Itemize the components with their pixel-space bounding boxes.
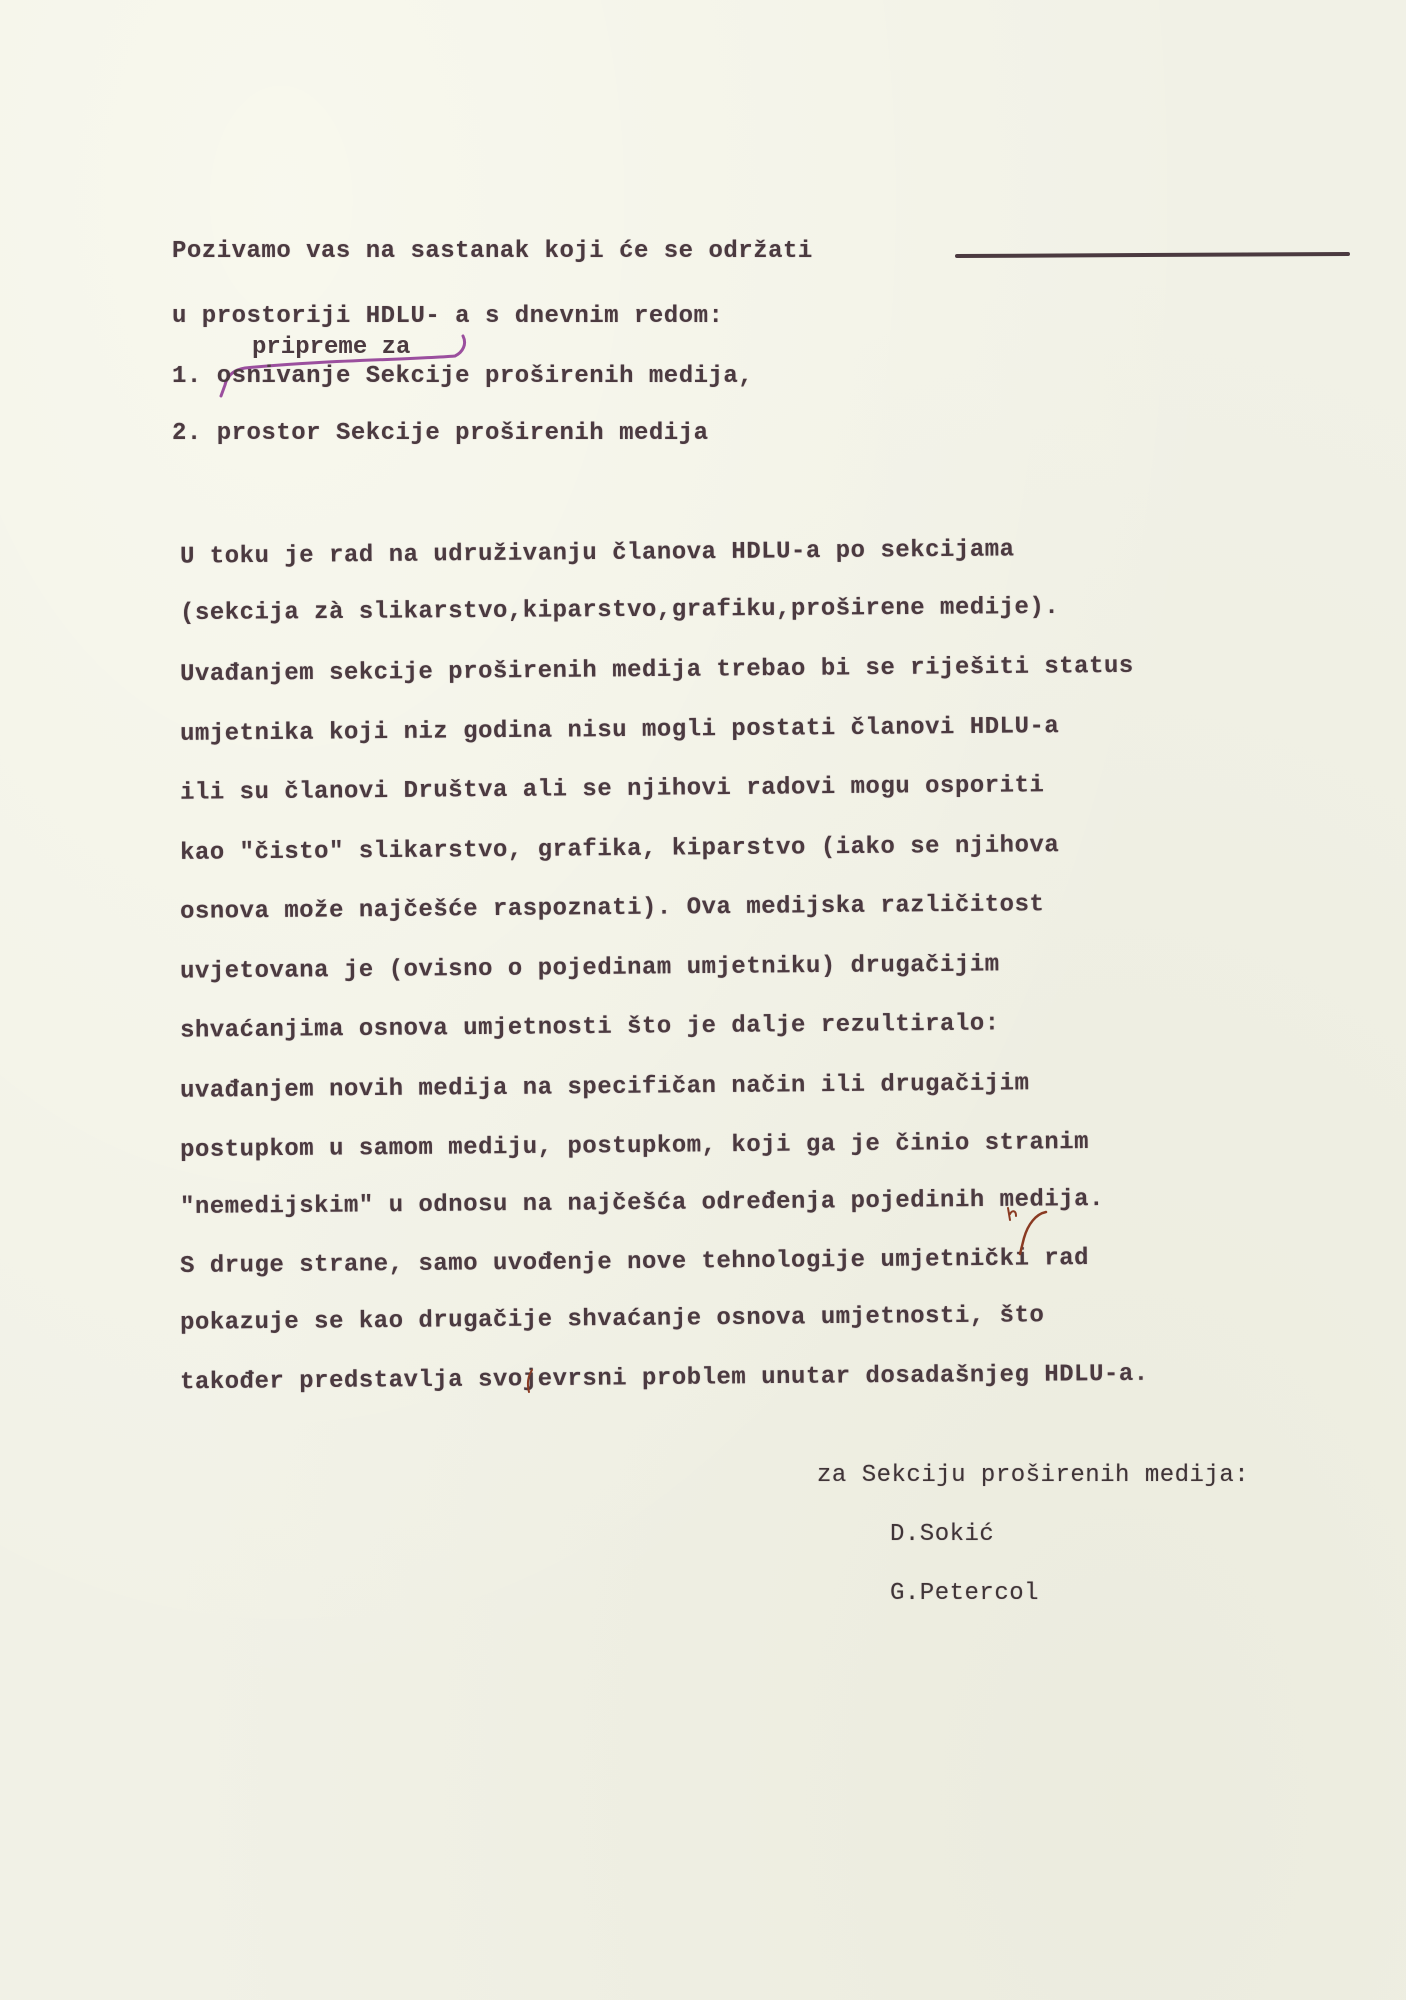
signature-name-1: D.Sokić bbox=[890, 1521, 994, 1548]
agenda-item-1-number: 1. bbox=[172, 363, 202, 390]
signature-name-2: G.Petercol bbox=[890, 1580, 1039, 1607]
body-line-7: osnova može najčešće raspoznati). Ova me… bbox=[180, 891, 1045, 926]
body-line-9: shvaćanjima osnova umjetnosti što je dal… bbox=[180, 1010, 1000, 1044]
body-line-13: S druge strane, samo uvođenje nove tehno… bbox=[180, 1245, 1089, 1280]
invitation-line-2: u prostoriji HDLU- a s dnevnim redom: bbox=[172, 303, 723, 330]
agenda-item-1-text: osnivanje Sekcije proširenih medija, bbox=[217, 363, 753, 390]
body-line-2: (sekcija zà slikarstvo,kiparstvo,grafiku… bbox=[180, 594, 1059, 627]
body-line-12: "nemedijskim" u odnosu na najčešća određ… bbox=[180, 1186, 1104, 1221]
body-line-6: kao "čisto" slikarstvo, grafika, kiparst… bbox=[180, 832, 1059, 867]
body-line-3: Uvađanjem sekcije proširenih medija treb… bbox=[180, 653, 1134, 688]
document-page: Pozivamo vas na sastanak koji će se održ… bbox=[0, 0, 1406, 2000]
body-line-10: uvađanjem novih medija na specifičan nač… bbox=[180, 1070, 1030, 1104]
agenda-item-2: 2. prostor Sekcije proširenih medija bbox=[172, 420, 709, 447]
agenda-insertion-text: pripreme za bbox=[252, 334, 410, 361]
invitation-line-1: Pozivamo vas na sastanak koji će se održ… bbox=[172, 238, 813, 265]
date-blank-underline bbox=[955, 252, 1350, 258]
body-line-15: također predstavlja svojevrsni problem u… bbox=[180, 1361, 1149, 1396]
body-line-11: postupkom u samom mediju, postupkom, koj… bbox=[180, 1129, 1089, 1164]
body-line-8: uvjetovana je (ovisno o pojedinam umjetn… bbox=[180, 951, 1000, 985]
body-line-4: umjetnika koji niz godina nisu mogli pos… bbox=[180, 713, 1059, 748]
body-line-14: pokazuje se kao drugačije shvaćanje osno… bbox=[180, 1302, 1045, 1337]
agenda-item-2-number: 2. bbox=[172, 420, 202, 447]
body-line-5: ili su članovi Društva ali se njihovi ra… bbox=[180, 772, 1045, 807]
body-line-1: U toku je rad na udruživanju članova HDL… bbox=[180, 536, 1015, 570]
signature-heading: za Sekciju proširenih medija: bbox=[817, 1462, 1249, 1489]
agenda-item-1: 1. osnivanje Sekcije proširenih medija, bbox=[172, 363, 753, 390]
agenda-item-2-text: prostor Sekcije proširenih medija bbox=[217, 420, 709, 447]
